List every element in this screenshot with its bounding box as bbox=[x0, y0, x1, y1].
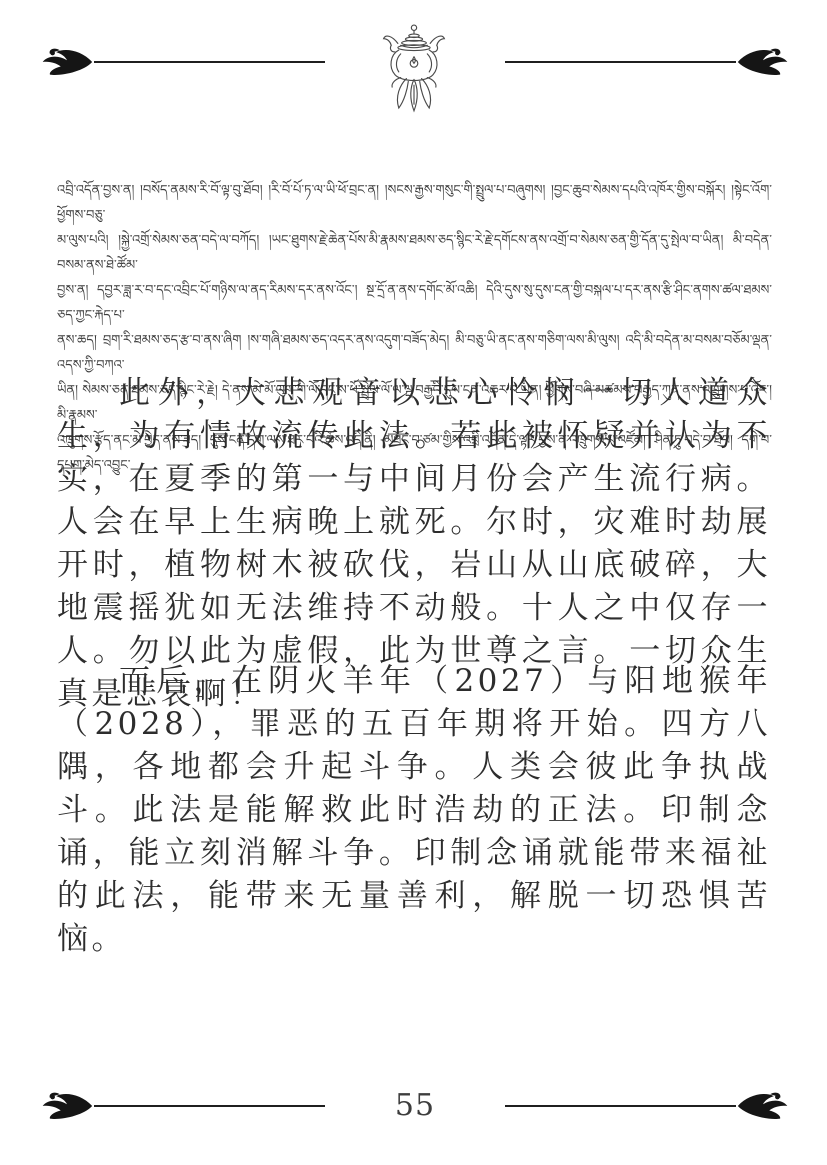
footer-rule-left bbox=[94, 1105, 325, 1107]
footer-rule-right bbox=[505, 1105, 736, 1107]
book-page: འབྲི་འདོན་བྱས་ན། །བསོད་ནམས་རི་བོ་ལྟ་བུ་ཐ… bbox=[0, 0, 827, 1165]
floral-flourish-icon bbox=[40, 46, 94, 78]
floral-flourish-icon bbox=[736, 1090, 790, 1122]
chinese-paragraph-2: 而后，在阴火羊年（2027）与阳地猴年（2028），罪恶的五百年期将开始。四方八… bbox=[57, 660, 771, 961]
footer-ornament-band: 55 bbox=[40, 1086, 790, 1126]
tibetan-line: མ་ལུས་པའི། །སྐྱེ་འགྲོ་སེམས་ཅན་བདེ་ལ་བཀོད… bbox=[57, 228, 772, 278]
floral-flourish-icon bbox=[40, 1090, 94, 1122]
header-rule-left bbox=[94, 61, 325, 63]
floral-flourish-icon bbox=[736, 46, 790, 78]
header-rule-right bbox=[505, 61, 736, 63]
tibetan-line: འབྲི་འདོན་བྱས་ན། །བསོད་ནམས་རི་བོ་ལྟ་བུ་ཐ… bbox=[57, 178, 772, 228]
page-number: 55 bbox=[395, 1088, 435, 1123]
treasure-vase-icon bbox=[376, 22, 452, 118]
tibetan-line: བྱས་ན། དབྱར་ཟླ་ར་བ་དང་འབྲིང་པོ་གཉིས་ལ་ནད… bbox=[57, 278, 772, 328]
tibetan-line: ནས་ཆད། བྲག་རི་ཐམས་ཅད་རྩ་བ་ནས་ཞིག །ས་གཞི་… bbox=[57, 328, 772, 378]
